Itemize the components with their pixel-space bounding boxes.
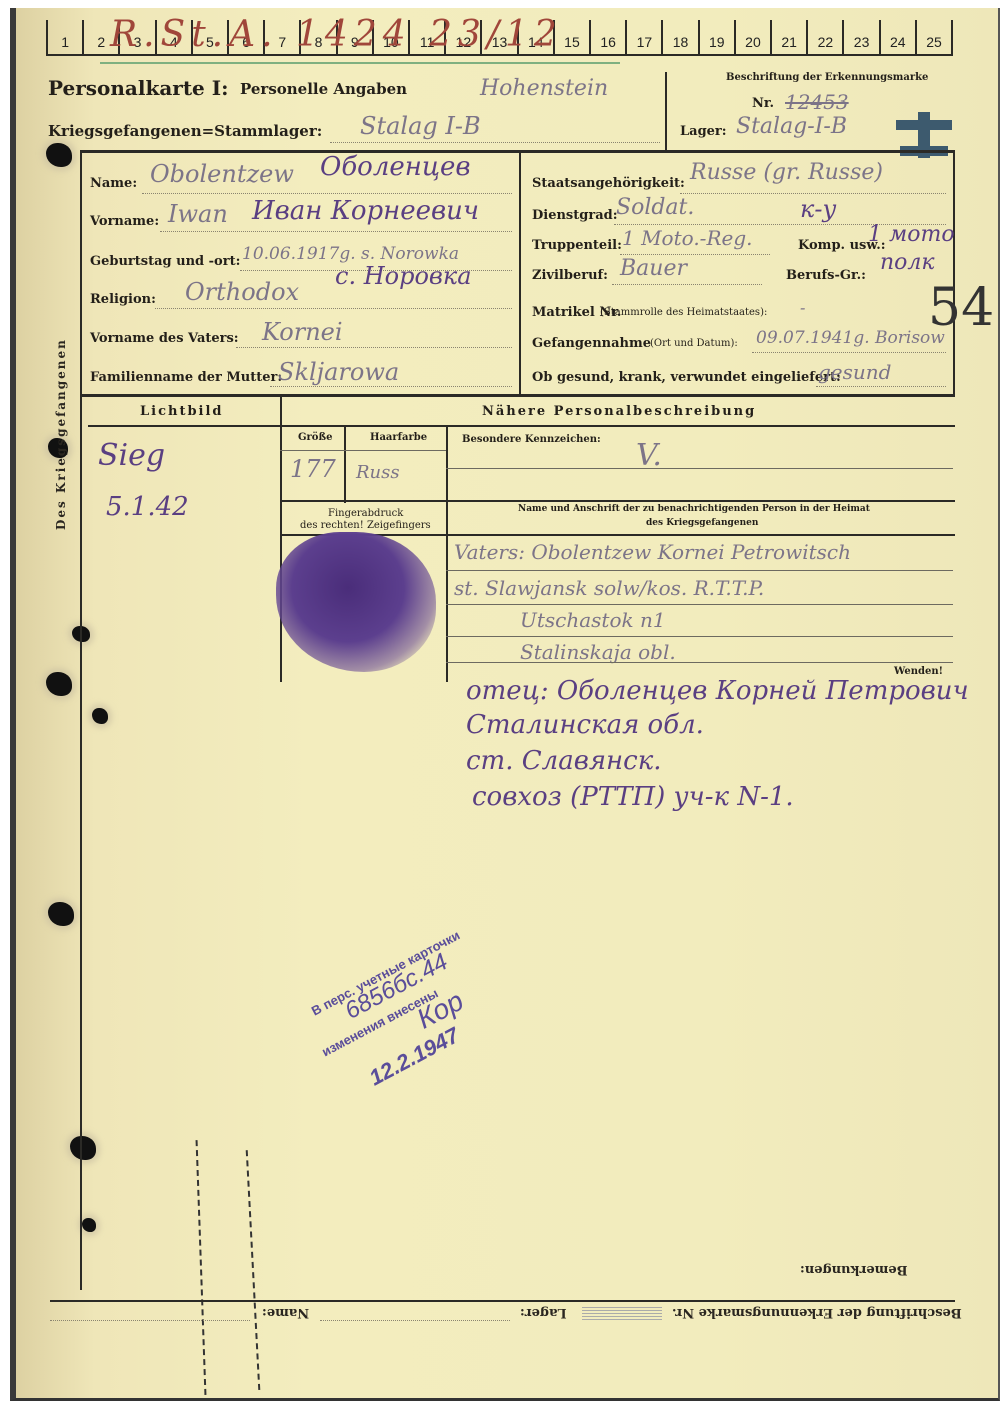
kennzeichen-label: Besondere Kennzeichen: bbox=[462, 434, 601, 445]
stammlager-value: Stalag I-B bbox=[360, 112, 481, 140]
mutter-value: Skljarowa bbox=[278, 358, 399, 386]
marke-lager-label: Lager: bbox=[680, 124, 727, 139]
lichtbild-handwriting-2: 5.1.42 bbox=[106, 492, 189, 522]
gefangennahme-value: 09.07.1941g. Borisow bbox=[756, 328, 945, 348]
vorname-cyrillic: Иван Корнеевич bbox=[252, 196, 479, 226]
divider bbox=[665, 72, 667, 150]
dotted-line bbox=[160, 231, 512, 232]
matrikel-value: - bbox=[800, 298, 805, 317]
berufsgr-label: Berufs-Gr.: bbox=[786, 268, 866, 283]
name-value: Obolentzew bbox=[150, 160, 294, 188]
contact-line: Utschastok n1 bbox=[520, 608, 666, 632]
divider bbox=[446, 604, 953, 605]
divider bbox=[280, 450, 446, 451]
geburt-label: Geburtstag und -ort: bbox=[90, 254, 240, 269]
gefangennahme-label: Gefangennahme bbox=[532, 336, 651, 351]
truppenteil-label: Truppenteil: bbox=[532, 238, 622, 253]
religion-label: Religion: bbox=[90, 292, 156, 307]
contact-line: Vaters: Obolentzew Kornei Petrowitsch bbox=[454, 540, 851, 564]
strip-cell: 20 bbox=[734, 20, 770, 54]
strip-cell: 22 bbox=[806, 20, 842, 54]
dotted-line bbox=[816, 386, 946, 387]
side-label: Des Kriegsgefangenen bbox=[54, 338, 68, 530]
groesse-value: 177 bbox=[290, 455, 336, 483]
frame-left bbox=[80, 150, 82, 1290]
punch-hole bbox=[70, 1136, 96, 1160]
contact-heading-1: Name und Anschrift der zu benachrichtige… bbox=[518, 504, 870, 514]
strip-cell: 25 bbox=[915, 20, 953, 54]
dotted-line bbox=[50, 1320, 250, 1321]
cyrillic-note-line: отец: Оболенцев Корней Петрович bbox=[466, 676, 969, 706]
strip-cell: 18 bbox=[661, 20, 697, 54]
red-archive-annotation: R.St.A. 1424 23/12 bbox=[110, 14, 563, 55]
gefangennahme-sub: (Ort und Datum): bbox=[650, 338, 738, 349]
dotted-line bbox=[612, 284, 762, 285]
marke-lager-value: Stalag-I-B bbox=[736, 114, 847, 139]
vater-value: Kornei bbox=[262, 318, 343, 346]
divider bbox=[88, 425, 280, 427]
divider bbox=[280, 500, 955, 502]
card-title: Personalkarte I: bbox=[48, 76, 228, 100]
name-label: Name: bbox=[90, 176, 137, 191]
gesund-value: gesund bbox=[818, 360, 891, 384]
finger-label-2: des rechten! Zeigefingers bbox=[300, 520, 431, 531]
divider bbox=[446, 662, 953, 663]
strip-cell: 17 bbox=[625, 20, 661, 54]
staat-value: Russe (gr. Russe) bbox=[690, 160, 883, 185]
strip-cell: 23 bbox=[842, 20, 878, 54]
dotted-line bbox=[270, 386, 512, 387]
contact-line: Stalinskaja obl. bbox=[520, 640, 676, 664]
strip-cell: 1 bbox=[46, 20, 82, 54]
religion-value: Orthodox bbox=[185, 278, 299, 306]
dotted-line bbox=[680, 193, 946, 194]
groesse-label: Größe bbox=[298, 432, 332, 443]
marke-nr-value: 12453 bbox=[785, 90, 849, 114]
divider bbox=[446, 468, 953, 469]
divider bbox=[344, 425, 346, 503]
marke-hatch bbox=[582, 1306, 662, 1320]
dienstgrad-cyrillic: к-у bbox=[800, 195, 836, 223]
green-underline bbox=[100, 62, 620, 64]
dotted-line bbox=[142, 193, 512, 194]
strip-cell: 21 bbox=[770, 20, 806, 54]
zivilberuf-value: Bauer bbox=[620, 256, 687, 281]
komp-value: 1 мото bbox=[868, 222, 955, 247]
contact-heading-2: des Kriegsgefangenen bbox=[646, 518, 758, 528]
frame-right bbox=[953, 150, 955, 395]
cyrillic-note-line: ст. Славянск. bbox=[466, 746, 662, 776]
strip-cell: 19 bbox=[698, 20, 734, 54]
stammlager-label: Kriegsgefangenen=Stammlager: bbox=[48, 122, 322, 140]
vorname-label: Vorname: bbox=[90, 214, 159, 229]
dotted-line bbox=[330, 142, 660, 143]
punch-hole bbox=[46, 143, 72, 167]
beschreibung-heading: Nähere Personalbeschreibung bbox=[482, 404, 756, 419]
lichtbild-handwriting-1: Sieg bbox=[98, 438, 165, 473]
divider bbox=[280, 397, 282, 682]
divider bbox=[446, 570, 953, 571]
lager-label-upside: Lager: bbox=[520, 1305, 567, 1320]
dotted-line bbox=[620, 254, 770, 255]
punch-hole bbox=[48, 902, 74, 926]
vorname-value: Iwan bbox=[168, 200, 228, 228]
berufsgr-value: полк bbox=[880, 250, 935, 275]
name-label-upside: Name: bbox=[262, 1305, 309, 1320]
haarfarbe-label: Haarfarbe bbox=[370, 432, 427, 443]
cyrillic-note-line: Сталинская обл. bbox=[466, 710, 704, 740]
marke-nr-label: Nr. bbox=[752, 96, 774, 111]
geburt-value: 10.06.1917g. s. Norowka bbox=[242, 244, 459, 264]
punch-hole bbox=[82, 1218, 96, 1232]
divider bbox=[446, 636, 953, 637]
vater-label: Vorname des Vaters: bbox=[90, 331, 239, 346]
finger-label-1: Fingerabdruck bbox=[328, 508, 403, 519]
punch-hole bbox=[46, 672, 72, 696]
divider bbox=[280, 425, 955, 427]
matrikel-sub: (Stammrolle des Heimatstaates): bbox=[600, 307, 767, 318]
divider bbox=[50, 1300, 955, 1302]
card-subtitle: Personelle Angaben bbox=[240, 80, 407, 98]
dotted-line bbox=[155, 308, 512, 309]
bemerkungen-label: Bemerkungen: bbox=[800, 1262, 908, 1277]
marke-nr-label-upside: Beschriftung der Erkennungsmarke Nr. bbox=[672, 1305, 962, 1320]
geburt-cyrillic: с. Норовка bbox=[335, 262, 472, 290]
dienstgrad-label: Dienstgrad: bbox=[532, 208, 618, 223]
dienstgrad-value: Soldat. bbox=[616, 195, 694, 220]
haarfarbe-value: Russ bbox=[356, 462, 400, 483]
erkennungsmarke-heading: Beschriftung der Erkennungsmarke bbox=[726, 72, 928, 83]
truppenteil-value: 1 Moto.-Reg. bbox=[622, 226, 753, 250]
dotted-line bbox=[752, 352, 946, 353]
punch-hole bbox=[92, 708, 108, 724]
staat-label: Staatsangehörigkeit: bbox=[532, 176, 685, 191]
strip-cell: 16 bbox=[589, 20, 625, 54]
top-handwriting: Hohenstein bbox=[480, 76, 608, 101]
strip-cell: 24 bbox=[879, 20, 915, 54]
zivilberuf-label: Zivilberuf: bbox=[532, 268, 608, 283]
frame-section bbox=[80, 394, 955, 397]
dotted-line bbox=[236, 347, 512, 348]
mutter-label: Familienname der Mutter: bbox=[90, 370, 282, 385]
frame-mid bbox=[519, 150, 521, 395]
dotted-line bbox=[320, 1320, 510, 1321]
cyrillic-note-line: совхоз (РТТП) уч-к N-1. bbox=[472, 782, 794, 812]
gesund-label: Ob gesund, krank, verwundet eingeliefert… bbox=[532, 370, 841, 385]
contact-line: st. Slawjansk solw/kos. R.T.T.P. bbox=[454, 576, 764, 600]
lichtbild-heading: Lichtbild bbox=[140, 404, 224, 419]
divider bbox=[446, 425, 448, 682]
frame-top bbox=[80, 150, 955, 153]
name-cyrillic: Оболенцев bbox=[320, 152, 471, 182]
